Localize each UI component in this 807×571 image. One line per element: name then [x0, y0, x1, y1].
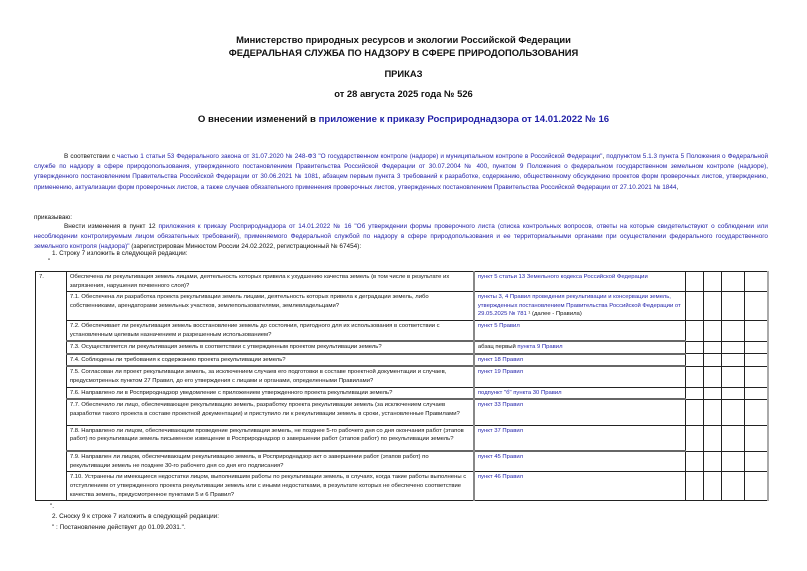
reference-link[interactable]: пункт 37 Правил: [478, 428, 523, 434]
question-cell: 7.4. Соблюдены ли требования к содержани…: [66, 354, 474, 367]
question-cell: 7.5. Согласован ли проект рекультивации …: [66, 366, 474, 387]
answer-cell: [745, 472, 768, 501]
answer-cell: [704, 387, 722, 399]
answer-cell: [704, 399, 722, 425]
reference-suffix: ¹ (далее - Правила): [527, 311, 582, 317]
table-row: 7.2. Обеспечивает ли рекультивация земел…: [36, 320, 769, 341]
answer-cell: [722, 354, 745, 367]
question-cell: 7.3. Осуществляется ли рекультивация зем…: [66, 341, 474, 354]
answer-cell: [722, 341, 745, 354]
table-row: 7.6. Направлено ли в Росприроднадзор уве…: [36, 387, 769, 399]
reference-link[interactable]: пункт 46 Правил: [478, 474, 523, 480]
answer-cell: [745, 425, 768, 451]
ministry-title: Министерство природных ресурсов и эколог…: [0, 34, 807, 45]
answer-cell: [686, 272, 704, 292]
table-row: 7.4. Соблюдены ли требования к содержани…: [36, 354, 769, 367]
answer-cell: [704, 292, 722, 321]
answer-cell: [686, 425, 704, 451]
answer-cell: [745, 341, 768, 354]
question-cell: 7.6. Направлено ли в Росприроднадзор уве…: [66, 387, 474, 399]
answer-cell: [686, 366, 704, 387]
subject-link[interactable]: приложение к приказу Росприроднадзора от…: [319, 114, 610, 125]
answer-cell: [722, 292, 745, 321]
service-title: ФЕДЕРАЛЬНАЯ СЛУЖБА ПО НАДЗОРУ В СФЕРЕ ПР…: [0, 47, 807, 58]
answer-cell: [704, 451, 722, 472]
table-row: 7.3. Осуществляется ли рекультивация зем…: [36, 341, 769, 354]
quote-close: ".: [50, 503, 54, 510]
answer-cell: [686, 399, 704, 425]
answer-cell: [704, 366, 722, 387]
reference-link[interactable]: пункта 9 Правил: [517, 344, 562, 350]
reference-link[interactable]: подпункт "б" пункта 30 Правил: [478, 390, 562, 396]
reference-cell: пункт 19 Правил: [474, 366, 686, 387]
answer-cell: [745, 272, 768, 292]
table-row: 7.Обеспечена ли рекультивация земель лиц…: [36, 272, 769, 292]
reference-cell: пункт 5 Правил: [474, 320, 686, 341]
answer-cell: [745, 399, 768, 425]
law-link[interactable]: частью 1 статьи 53 Федерального закона о…: [117, 153, 602, 160]
answer-cell: [704, 354, 722, 367]
table-row: 7.5. Согласован ли проект рекультивации …: [36, 366, 769, 387]
quote-open: ": [48, 258, 50, 265]
reference-cell: пункт 33 Правил: [474, 399, 686, 425]
reference-cell: пункт 5 статьи 13 Земельного кодекса Рос…: [474, 272, 686, 292]
reference-cell: абзац первый пункта 9 Правил: [474, 341, 686, 354]
reference-text: абзац первый: [478, 344, 518, 350]
answer-cell: [686, 354, 704, 367]
answer-cell: [704, 425, 722, 451]
question-cell: 7.9. Направлен ли лицом, обеспечивающим …: [66, 451, 474, 472]
reference-cell: пункт 37 Правил: [474, 425, 686, 451]
answer-cell: [722, 320, 745, 341]
checklist-table: 7.Обеспечена ли рекультивация земель лиц…: [35, 271, 769, 501]
table-row: 7.1. Обеспечена ли разработка проекта ре…: [36, 292, 769, 321]
footnote: " : Постановление действует до 01.09.203…: [52, 524, 186, 531]
preamble-paragraph: В соответствии с частью 1 статьи 53 Феде…: [34, 152, 768, 193]
answer-cell: [722, 451, 745, 472]
answer-cell: [704, 341, 722, 354]
preamble-text: В соответствии с: [64, 153, 117, 160]
table-row: 7.8. Направлено ли лицом, обеспечивающим…: [36, 425, 769, 451]
answer-cell: [745, 292, 768, 321]
answer-cell: [686, 451, 704, 472]
item-1: 1. Строку 7 изложить в следующей редакци…: [52, 250, 187, 257]
subject-prefix: О внесении изменений в: [198, 114, 319, 125]
question-cell: 7.2. Обеспечивает ли рекультивация земел…: [66, 320, 474, 341]
reference-link[interactable]: пункт 19 Правил: [478, 369, 523, 375]
reference-cell: пункты 3, 4 Правил проведения рекультива…: [474, 292, 686, 321]
answer-cell: [722, 425, 745, 451]
answer-cell: [722, 366, 745, 387]
answer-cell: [745, 366, 768, 387]
question-cell: 7.10. Устранены ли имеющиеся недостатки …: [66, 472, 474, 501]
reference-cell: пункт 46 Правил: [474, 472, 686, 501]
answer-cell: [686, 341, 704, 354]
amendment-text: Внести изменения в пункт 12: [64, 223, 159, 230]
item-2: 2. Сноску 9 к строке 7 изложить в следую…: [52, 513, 219, 520]
answer-cell: [722, 399, 745, 425]
answer-cell: [745, 451, 768, 472]
answer-cell: [722, 387, 745, 399]
document-date: от 28 августа 2025 года № 526: [0, 88, 807, 99]
reference-cell: пункт 18 Правил: [474, 354, 686, 367]
answer-cell: [686, 320, 704, 341]
answer-cell: [686, 472, 704, 501]
answer-cell: [745, 320, 768, 341]
answer-cell: [686, 387, 704, 399]
answer-cell: [745, 387, 768, 399]
answer-cell: [704, 320, 722, 341]
answer-cell: [704, 472, 722, 501]
table-row: 7.10. Устранены ли имеющиеся недостатки …: [36, 472, 769, 501]
answer-cell: [722, 272, 745, 292]
amendment-paragraph: Внести изменения в пункт 12 приложения к…: [34, 222, 768, 253]
answer-cell: [704, 272, 722, 292]
question-cell: Обеспечена ли рекультивация земель лицам…: [66, 272, 474, 292]
preamble-end: ,: [676, 184, 678, 191]
reference-link[interactable]: пункт 5 статьи 13 Земельного кодекса Рос…: [478, 274, 648, 280]
answer-cell: [722, 472, 745, 501]
reference-cell: подпункт "б" пункта 30 Правил: [474, 387, 686, 399]
document-subject: О внесении изменений в приложение к прик…: [0, 114, 807, 125]
question-cell: 7.8. Направлено ли лицом, обеспечивающим…: [66, 425, 474, 451]
question-cell: 7.1. Обеспечена ли разработка проекта ре…: [66, 292, 474, 321]
reference-link[interactable]: пункт 45 Правил: [478, 454, 523, 460]
question-cell: 7.7. Обеспечило ли лицо, обеспечивающее …: [66, 399, 474, 425]
answer-cell: [745, 354, 768, 367]
document-type: ПРИКАЗ: [0, 68, 807, 79]
reference-link[interactable]: пункт 18 Правил: [478, 357, 523, 363]
table-row: 7.9. Направлен ли лицом, обеспечивающим …: [36, 451, 769, 472]
row-number: 7.: [36, 272, 67, 501]
table-row: 7.7. Обеспечило ли лицо, обеспечивающее …: [36, 399, 769, 425]
reference-link[interactable]: пункт 33 Правил: [478, 402, 523, 408]
reference-cell: пункт 45 Правил: [474, 451, 686, 472]
answer-cell: [686, 292, 704, 321]
reference-link[interactable]: пункт 5 Правил: [478, 323, 520, 329]
